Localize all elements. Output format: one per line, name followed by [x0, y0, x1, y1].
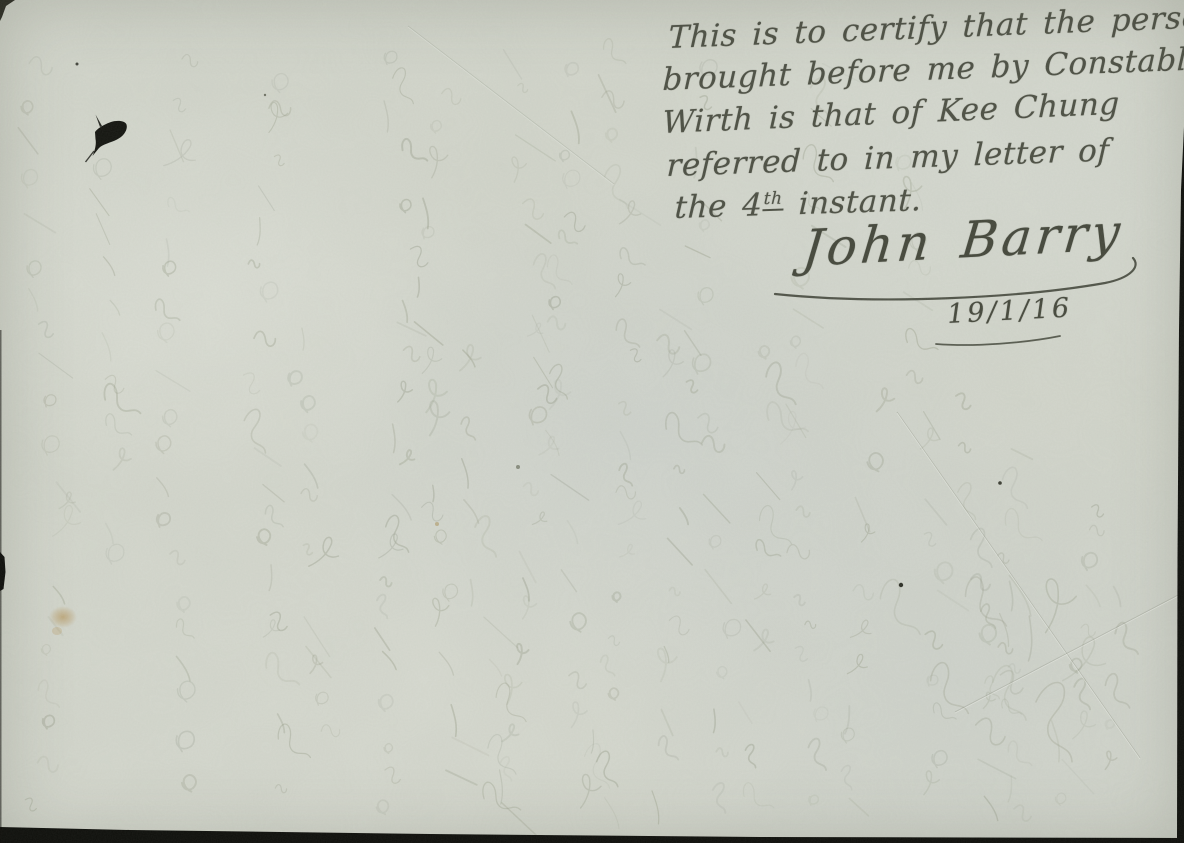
note-line-4: referred to in my letter of [666, 132, 1110, 184]
ordinal-suffix: th [762, 188, 784, 211]
handwritten-note: This is to certify that the person broug… [0, 0, 1184, 843]
note-line-5-prefix: the 4 [674, 187, 763, 226]
date: 19/1/16 [946, 292, 1073, 330]
scanned-letter-page: This is to certify that the person broug… [0, 0, 1184, 843]
